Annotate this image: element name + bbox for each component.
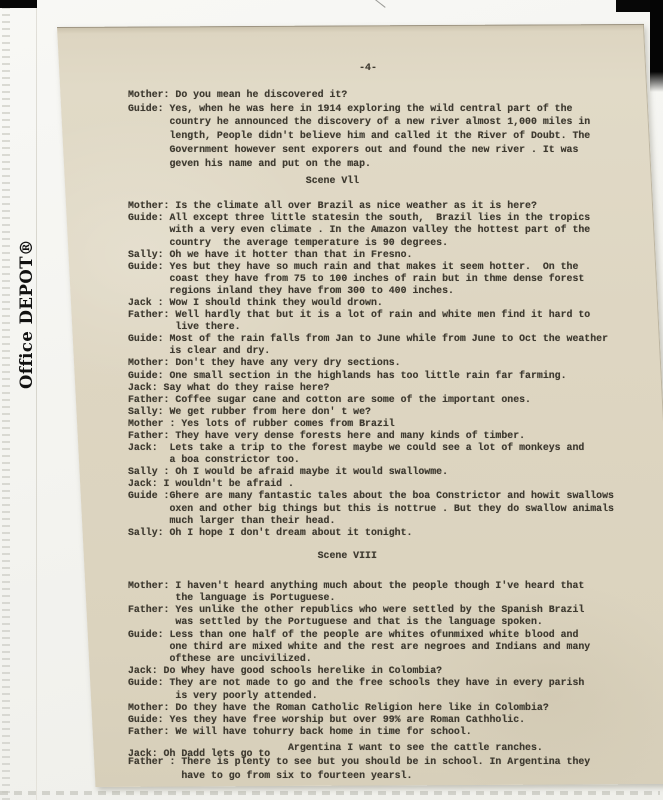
- text-line: Mother: Don't they have any very dry sec…: [128, 357, 653, 369]
- block-scene8-heading: Scene VIII: [128, 550, 653, 562]
- text-line: Jack: Say what do they raise here?: [128, 382, 653, 394]
- text-line: Guide: Less than one half of the people …: [128, 629, 653, 641]
- text-line: Jack: Do Whey have good schools herelike…: [128, 665, 653, 677]
- scanned-page-stage: Office DEPOT® -4-Mother: Do you mean he …: [0, 0, 663, 800]
- text-line: geven his name and put on the map.: [128, 157, 653, 171]
- text-line: Guide :Ghere are many fantastic tales ab…: [128, 490, 653, 502]
- block-scene8-dialogue: Mother: I haven't heard anything much ab…: [128, 580, 653, 739]
- binder-perforation-edge: [2, 0, 10, 800]
- text-line: Guide: One small section in the highland…: [128, 370, 653, 382]
- sheet-protector-crease: [36, 0, 37, 800]
- office-depot-brand-text: Office DEPOT®: [17, 239, 36, 389]
- text-line: a boa constrictor too.: [128, 454, 653, 466]
- block-page-number: -4-: [128, 62, 653, 74]
- text-line: Guide: Most of the rain falls from Jan t…: [128, 333, 653, 345]
- text-line: Sally: Oh I hope I don't dream about it …: [128, 527, 653, 539]
- text-line: Father: Yes unlike the other republics w…: [128, 604, 653, 616]
- text-line: have to go from six to fourteen yearsl.: [128, 770, 653, 782]
- text-line: Guide: Yes, when he was here in 1914 exp…: [128, 102, 653, 116]
- text-line: Guide: They are not made to go and the f…: [128, 677, 653, 689]
- text-line: was settled by the Portuguese and that i…: [128, 616, 653, 628]
- scan-scratch-mark: [372, 0, 385, 8]
- text-line: Father: Well hardly that but it is a lot…: [128, 309, 653, 321]
- sheet-bottom-perforation: [0, 791, 660, 795]
- text-line: the language is Portuguese.: [128, 592, 653, 604]
- block-scene7-heading: Scene Vll: [128, 175, 653, 187]
- text-line: is very poorly attended.: [128, 690, 653, 702]
- text-line: country the average temperature is 90 de…: [128, 237, 653, 249]
- text-line: Mother: Do you mean he discovered it?: [128, 88, 653, 102]
- scan-edge-top-left: [0, 0, 37, 8]
- block-closing-lines: Argentina I want to see the cattle ranch…: [128, 742, 653, 781]
- text-line: Mother: I haven't heard anything much ab…: [128, 580, 653, 592]
- text-line: Mother: Do they have the Roman Catholic …: [128, 702, 653, 714]
- text-line: oxen and other big things but this is no…: [128, 503, 653, 515]
- text-line: Scene Vll: [128, 175, 653, 187]
- text-line: Father: We will have tohurry back home i…: [128, 726, 653, 738]
- text-line: Government however sent exporers out and…: [128, 143, 653, 157]
- text-line: live there.: [128, 321, 653, 333]
- text-line: coast they have from 75 to 100 inches of…: [128, 273, 653, 285]
- text-line: Guide: Yes they have free worship but ov…: [128, 714, 653, 726]
- text-line: country he announced the discovery of a …: [128, 115, 653, 129]
- text-line: Father: Coffee sugar cane and cotton are…: [128, 394, 653, 406]
- text-line: with a very even climate . In the Amazon…: [128, 224, 653, 236]
- text-line: ofthese are uncivilized.: [128, 653, 653, 665]
- text-line: Jack : Wow I should think they would dro…: [128, 297, 653, 309]
- text-line: Sally : Oh I would be afraid maybe it wo…: [128, 466, 653, 478]
- text-line: length, People didn't believe him and ca…: [128, 129, 653, 143]
- block-scene6-dialogue: Mother: Do you mean he discovered it?Gui…: [128, 88, 653, 170]
- text-line: Sally: We get rubber from here don' t we…: [128, 406, 653, 418]
- text-line: Jack: Lets take a trip to the forest may…: [128, 442, 653, 454]
- block-scene7-dialogue: Mother: Is the climate all over Brazil a…: [128, 200, 653, 539]
- text-line: Guide: Yes but they have so much rain an…: [128, 261, 653, 273]
- text-line: is clear and dry.: [128, 345, 653, 357]
- text-line: Guide: All except three little statesin …: [128, 212, 653, 224]
- text-line: Sally: Oh we have it hotter than that in…: [128, 249, 653, 261]
- text-line: Jack: I wouldn't be afraid .: [128, 478, 653, 490]
- scan-edge-right-strip: [650, 0, 663, 92]
- text-line: -4-: [128, 62, 653, 74]
- typed-text: -4-Mother: Do you mean he discovered it?…: [128, 62, 653, 782]
- text-line: Scene VIII: [128, 550, 653, 562]
- text-line: one third are mixed white and the rest a…: [128, 641, 653, 653]
- text-line: regions inland they have from 300 to 400…: [128, 285, 653, 297]
- text-line: much larger than their head.: [128, 515, 653, 527]
- text-line: Mother: Is the climate all over Brazil a…: [128, 200, 653, 212]
- text-line: Father : There is plenty to see but you …: [128, 756, 653, 768]
- text-line: Mother : Yes lots of rubber comes from B…: [128, 418, 653, 430]
- text-line: Father: They have very dense forests her…: [128, 430, 653, 442]
